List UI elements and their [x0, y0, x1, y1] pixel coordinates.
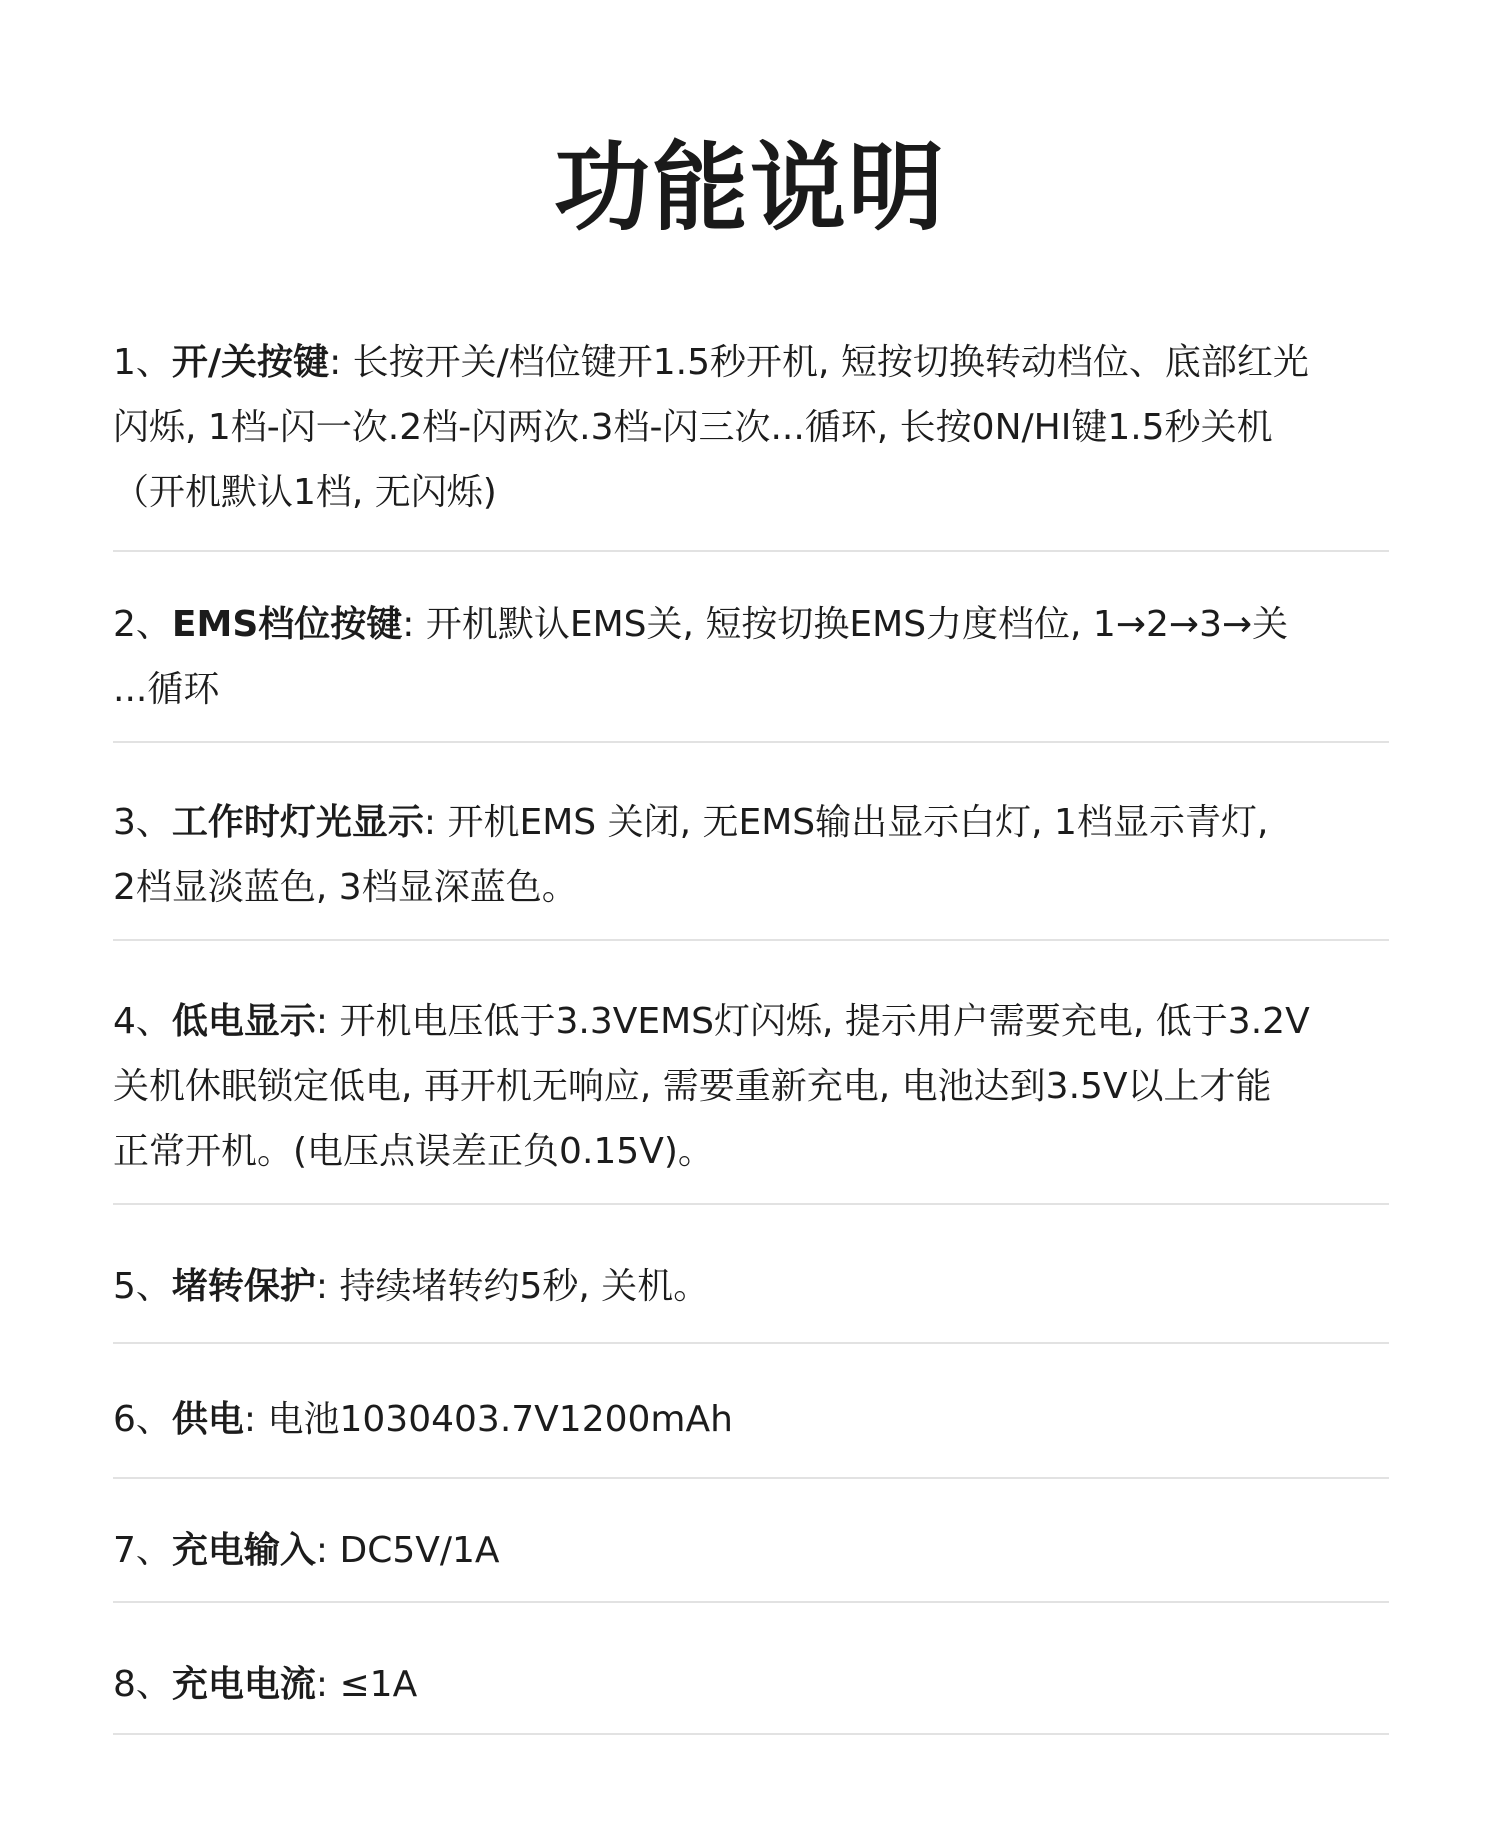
item-label: 堵转保护 [172, 1266, 316, 1307]
spec-item-5: 5、堵转保护: 持续堵转约5秒, 关机。 [113, 1254, 1393, 1319]
spec-line: 6、供电: 电池1030403.7V1200mAh [113, 1387, 1393, 1452]
item-label: 工作时灯光显示 [172, 802, 424, 843]
item-text: 开机电压低于3.3VEMS灯闪烁, 提示用户需要充电, 低于3.2V [340, 1001, 1310, 1042]
item-separator: : [316, 1266, 340, 1307]
divider [113, 741, 1389, 743]
spec-item-3: 3、工作时灯光显示: 开机EMS 关闭, 无EMS输出显示白灯, 1档显示青灯,… [113, 790, 1393, 920]
item-number: 4、 [113, 1001, 172, 1042]
divider [113, 1203, 1389, 1205]
spec-line: 4、低电显示: 开机电压低于3.3VEMS灯闪烁, 提示用户需要充电, 低于3.… [113, 989, 1393, 1054]
divider [113, 1601, 1389, 1603]
spec-line: 7、充电输入: DC5V/1A [113, 1518, 1393, 1583]
spec-line: 关机休眠锁定低电, 再开机无响应, 需要重新充电, 电池达到3.5V以上才能 [113, 1054, 1393, 1119]
item-separator: : [244, 1399, 268, 1440]
item-label: 供电 [172, 1399, 244, 1440]
item-number: 7、 [113, 1530, 172, 1571]
spec-line: 2、EMS档位按键: 开机默认EMS关, 短按切换EMS力度档位, 1→2→3→… [113, 592, 1393, 657]
item-separator: : [316, 1001, 340, 1042]
item-label: 充电输入 [172, 1530, 316, 1571]
divider [113, 1733, 1389, 1735]
spec-item-7: 7、充电输入: DC5V/1A [113, 1518, 1393, 1583]
spec-line: 闪烁, 1档-闪一次.2档-闪两次.3档-闪三次...循环, 长按0N/HI键1… [113, 395, 1393, 460]
spec-item-8: 8、充电电流: ≤1A [113, 1652, 1393, 1717]
item-text: DC5V/1A [340, 1530, 500, 1571]
divider [113, 1477, 1389, 1479]
item-separator: : [424, 802, 448, 843]
item-label: EMS档位按键 [172, 604, 402, 645]
item-text: ≤1A [340, 1664, 418, 1705]
spec-line: 正常开机。(电压点误差正负0.15V)。 [113, 1119, 1393, 1184]
item-number: 5、 [113, 1266, 172, 1307]
item-number: 8、 [113, 1664, 172, 1705]
item-text: 开机EMS 关闭, 无EMS输出显示白灯, 1档显示青灯, [448, 802, 1269, 843]
spec-item-2: 2、EMS档位按键: 开机默认EMS关, 短按切换EMS力度档位, 1→2→3→… [113, 592, 1393, 722]
item-text: 电池1030403.7V1200mAh [268, 1399, 733, 1440]
item-separator: : [316, 1530, 340, 1571]
item-label: 开/关按键 [172, 342, 329, 383]
page-title: 功能说明 [0, 128, 1500, 248]
spec-line: 2档显淡蓝色, 3档显深蓝色。 [113, 855, 1393, 920]
item-text: 长按开关/档位键开1.5秒开机, 短按切换转动档位、底部红光 [353, 342, 1309, 383]
item-number: 3、 [113, 802, 172, 843]
spec-line: ...循环 [113, 657, 1393, 722]
spec-line: （开机默认1档, 无闪烁) [113, 460, 1393, 525]
item-separator: : [402, 604, 426, 645]
item-separator: : [329, 342, 353, 383]
spec-item-6: 6、供电: 电池1030403.7V1200mAh [113, 1387, 1393, 1452]
divider [113, 939, 1389, 941]
spec-item-4: 4、低电显示: 开机电压低于3.3VEMS灯闪烁, 提示用户需要充电, 低于3.… [113, 989, 1393, 1184]
item-label: 低电显示 [172, 1001, 316, 1042]
spec-line: 1、开/关按键: 长按开关/档位键开1.5秒开机, 短按切换转动档位、底部红光 [113, 330, 1393, 395]
divider [113, 550, 1389, 552]
item-text: 持续堵转约5秒, 关机。 [340, 1266, 710, 1307]
item-label: 充电电流 [172, 1664, 316, 1705]
item-number: 1、 [113, 342, 172, 383]
spec-line: 8、充电电流: ≤1A [113, 1652, 1393, 1717]
item-number: 2、 [113, 604, 172, 645]
spec-line: 3、工作时灯光显示: 开机EMS 关闭, 无EMS输出显示白灯, 1档显示青灯, [113, 790, 1393, 855]
item-separator: : [316, 1664, 340, 1705]
item-text: 开机默认EMS关, 短按切换EMS力度档位, 1→2→3→关 [426, 604, 1288, 645]
spec-line: 5、堵转保护: 持续堵转约5秒, 关机。 [113, 1254, 1393, 1319]
item-number: 6、 [113, 1399, 172, 1440]
divider [113, 1342, 1389, 1344]
spec-item-1: 1、开/关按键: 长按开关/档位键开1.5秒开机, 短按切换转动档位、底部红光 … [113, 330, 1393, 525]
